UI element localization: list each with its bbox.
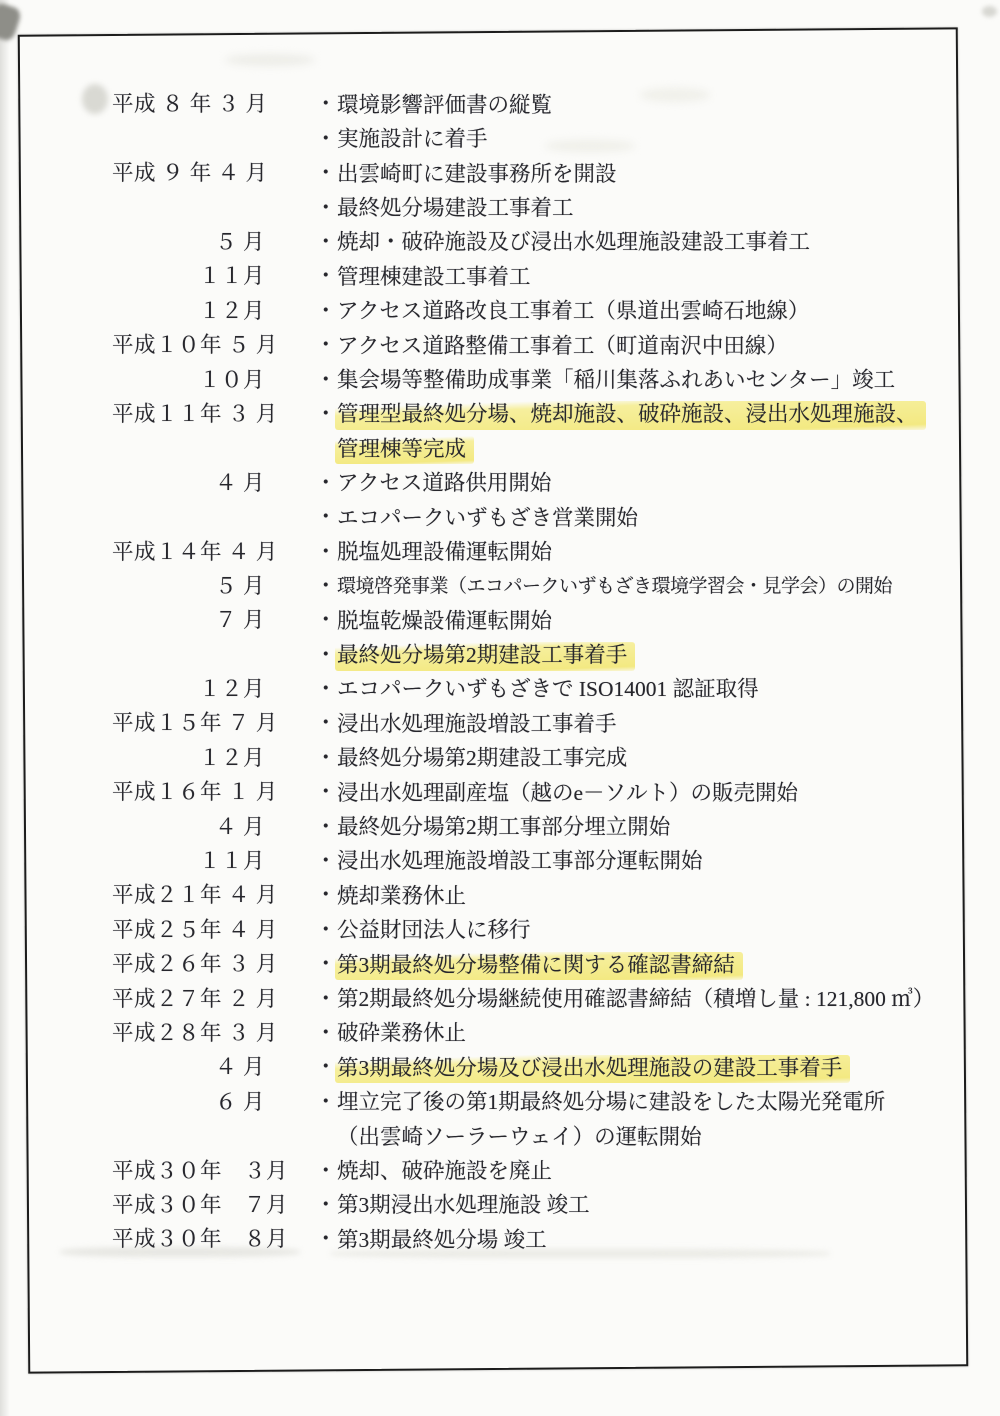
bullet-marker: ・ [315,989,337,1011]
timeline-row: １２月 ・ アクセス道路改良工事着工（県道出雲崎石地線） [0,294,1000,328]
timeline-row: 平成３０年 ３月 ・ 焼却、破砕施設を廃止 [0,1154,1000,1188]
timeline-row: ・ エコパークいずもざき営業開始 [0,501,1000,535]
event-text: 集会場等整備助成事業「稲川集落ふれあいセンター」竣工 [337,368,895,393]
scan-artifact [982,6,997,17]
date-label: 平成 ８ 年 ３ 月 [112,94,265,116]
event-text: エコパークいずもざきで ISO14001 認証取得 [337,677,759,702]
bullet-marker: ・ [315,748,337,770]
event-text: （出雲崎ソーラーウェイ）の運転開始 [337,1125,702,1150]
bullet-marker: ・ [315,679,337,701]
date-label: １２月 [112,748,265,770]
date-label: 平成２６年 ３ 月 [112,954,265,976]
timeline-row: 平成３０年 ８月 ・ 第3期最終処分場 竣工 [0,1223,1000,1257]
bullet-marker: ・ [315,851,337,873]
bullet-marker: ・ [315,94,337,116]
bullet-marker: ・ [315,266,337,288]
bullet-marker: ・ [315,129,337,151]
date-label: 平成３０年 ３月 [112,1161,265,1183]
date-label: 平成２７年 ２ 月 [112,989,265,1011]
date-label: １１月 [112,266,265,288]
event-text: 脱塩乾燥設備運転開始 [337,609,552,634]
bullet-marker: ・ [315,713,337,735]
timeline-row: 平成 ９ 年 ４ 月 ・ 出雲崎町に建設事務所を開設 [0,157,1000,191]
event-text: 浸出水処理施設増設工事部分運転開始 [337,849,703,874]
event-text: 管理棟建設工事着工 [337,265,531,290]
event-text: 第3期最終処分場整備に関する確認書締結 [335,952,743,981]
event-text: アクセス道路改良工事着工（県道出雲崎石地線） [337,299,809,324]
event-text: 公益財団法人に移行 [337,918,531,943]
timeline-row: 平成１６年 １ 月 ・ 浸出水処理副産塩（越のe－ソルト）の販売開始 [0,776,1000,810]
event-text: 第3期最終処分場 竣工 [337,1228,547,1253]
bullet-marker: ・ [315,1023,337,1045]
date-label: 平成３０年 ８月 [112,1229,265,1251]
date-label: 平成 ９ 年 ４ 月 [112,163,265,185]
bullet-marker: ・ [315,1195,337,1217]
timeline-row: １１月 ・ 管理棟建設工事着工 [0,260,1000,294]
timeline-row: ４ 月 ・ アクセス道路供用開始 [0,466,1000,500]
timeline-row: ６ 月 ・ 埋立完了後の第1期最終処分場に建設をした太陽光発電所 [0,1085,1000,1119]
event-text: 焼却・破砕施設及び浸出水処理施設建設工事着工 [337,230,810,255]
timeline-row: ４ 月 ・ 第3期最終処分場及び浸出水処理施設の建設工事着手 [0,1051,1000,1085]
timeline-row: ・ 最終処分場建設工事着工 [0,191,1000,225]
timeline-row: 平成１０年 ５ 月 ・ アクセス道路整備工事着工（町道南沢中田線） [0,329,1000,363]
event-text: 環境影響評価書の縦覧 [337,93,552,118]
bullet-marker: ・ [315,473,337,495]
date-label: 平成１５年 ７ 月 [112,713,265,735]
timeline-row: 管理棟等完成 [0,432,1000,466]
date-label: １２月 [112,679,265,701]
bullet-marker: ・ [315,1229,337,1251]
timeline-row: ４ 月 ・ 最終処分場第2期工事部分埋立開始 [0,810,1000,844]
event-text: 浸出水処理施設増設工事着手 [337,712,617,737]
date-label: １０月 [112,370,265,392]
timeline-row: ５ 月 ・ 焼却・破砕施設及び浸出水処理施設建設工事着工 [0,226,1000,260]
date-label: 平成１４年 ４ 月 [112,542,265,564]
bullet-marker: ・ [315,954,337,976]
timeline-row: 平成２７年 ２ 月 ・ 第2期最終処分場継続使用確認書締結（積増し量 : 121… [0,982,1000,1016]
event-text: アクセス道路供用開始 [337,471,551,496]
timeline-row: １０月 ・ 集会場等整備助成事業「稲川集落ふれあいセンター」竣工 [0,363,1000,397]
timeline-row: 平成２８年 ３ 月 ・ 破砕業務休止 [0,1017,1000,1051]
event-text: 最終処分場建設工事着工 [337,196,574,221]
bullet-marker: ・ [315,817,337,839]
event-text: 管理棟等完成 [335,436,474,465]
timeline-row: １１月 ・ 浸出水処理施設増設工事部分運転開始 [0,845,1000,879]
event-text: 環境啓発事業（エコパークいずもざき環境学習会・見学会）の開始 [337,576,892,598]
event-text: エコパークいずもざき営業開始 [337,506,638,531]
bullet-marker: ・ [315,335,337,357]
date-label: ５ 月 [112,576,265,598]
timeline-row: 平成２１年 ４ 月 ・ 焼却業務休止 [0,879,1000,913]
bullet-marker: ・ [315,370,337,392]
date-label: １２月 [112,301,265,323]
bullet-marker: ・ [315,610,337,632]
timeline-row: （出雲崎ソーラーウェイ）の運転開始 [0,1120,1000,1154]
timeline-row: 平成２５年 ４ 月 ・ 公益財団法人に移行 [0,913,1000,947]
date-label: 平成３０年 ７月 [112,1195,265,1217]
bullet-marker: ・ [315,163,337,185]
bullet-marker: ・ [315,507,337,529]
event-text: 焼却業務休止 [337,884,466,909]
bullet-marker: ・ [315,782,337,804]
bullet-marker: ・ [315,645,337,667]
date-label: 平成２５年 ４ 月 [112,920,265,942]
bullet-marker: ・ [315,232,337,254]
date-label: ４ 月 [112,473,265,495]
event-text: 出雲崎町に建設事務所を開設 [337,162,617,187]
timeline-row: 平成２６年 ３ 月 ・ 第3期最終処分場整備に関する確認書締結 [0,948,1000,982]
date-label: 平成１６年 １ 月 [112,782,265,804]
timeline-row: 平成１１年 ３ 月 ・ 管理型最終処分場、焼却施設、破砕施設、浸出水処理施設、 [0,398,1000,432]
date-label: １１月 [112,851,265,873]
date-label: 平成２８年 ３ 月 [112,1023,265,1045]
timeline-row: １２月 ・ エコパークいずもざきで ISO14001 認証取得 [0,673,1000,707]
bullet-marker: ・ [315,920,337,942]
bullet-marker: ・ [315,1161,337,1183]
timeline-row: 平成 ８ 年 ３ 月 ・ 環境影響評価書の縦覧 [0,88,1000,122]
event-text: 実施設計に着手 [337,127,488,152]
date-label: 平成２１年 ４ 月 [112,885,265,907]
date-label: ６ 月 [112,1092,265,1114]
event-text: 管理型最終処分場、焼却施設、破砕施設、浸出水処理施設、 [335,401,926,430]
date-label: 平成１０年 ５ 月 [112,335,265,357]
timeline-row: ・ 実施設計に着手 [0,122,1000,156]
timeline-row: ・ 最終処分場第2期建設工事着手 [0,638,1000,672]
event-text: 最終処分場第2期工事部分埋立開始 [337,815,670,840]
timeline-row: 平成３０年 ７月 ・ 第3期浸出水処理施設 竣工 [0,1189,1000,1223]
bullet-marker: ・ [315,198,337,220]
timeline-row: ５ 月 ・ 環境啓発事業（エコパークいずもざき環境学習会・見学会）の開始 [0,569,1000,603]
event-text: 浸出水処理副産塩（越のe－ソルト）の販売開始 [337,781,798,806]
bullet-marker: ・ [315,885,337,907]
date-label: ４ 月 [112,1057,265,1079]
event-text: 脱塩処理設備運転開始 [337,540,552,565]
event-text: 埋立完了後の第1期最終処分場に建設をした太陽光発電所 [337,1090,885,1115]
event-text: 焼却、破砕施設を廃止 [337,1159,552,1184]
timeline-row: 平成１４年 ４ 月 ・ 脱塩処理設備運転開始 [0,535,1000,569]
date-label: ５ 月 [112,232,265,254]
event-text: 破砕業務休止 [337,1021,466,1046]
bullet-marker: ・ [315,301,337,323]
event-text: 第2期最終処分場継続使用確認書締結（積増し量 : 121,800 ㎥） [337,987,934,1012]
event-text: 最終処分場第2期建設工事完成 [337,746,627,771]
bullet-marker: ・ [315,1092,337,1114]
timeline-row: 平成１５年 ７ 月 ・ 浸出水処理施設増設工事着手 [0,707,1000,741]
date-label: ７ 月 [112,610,265,632]
event-text: 第3期最終処分場及び浸出水処理施設の建設工事着手 [335,1055,850,1084]
date-label: 平成１１年 ３ 月 [112,404,265,426]
bullet-marker: ・ [315,1057,337,1079]
bullet-marker: ・ [315,542,337,564]
event-text: 最終処分場第2期建設工事着手 [335,642,635,671]
timeline-row: ７ 月 ・ 脱塩乾燥設備運転開始 [0,604,1000,638]
event-text: アクセス道路整備工事着工（町道南沢中田線） [337,334,788,359]
timeline-rows: 平成 ８ 年 ３ 月 ・ 環境影響評価書の縦覧 ・ 実施設計に着手 平成 ９ 年… [0,88,1000,1257]
timeline-row: １２月 ・ 最終処分場第2期建設工事完成 [0,741,1000,775]
event-text: 第3期浸出水処理施設 竣工 [337,1193,590,1218]
bullet-marker: ・ [315,404,337,426]
date-label: ４ 月 [112,817,265,839]
bullet-marker: ・ [315,576,337,598]
